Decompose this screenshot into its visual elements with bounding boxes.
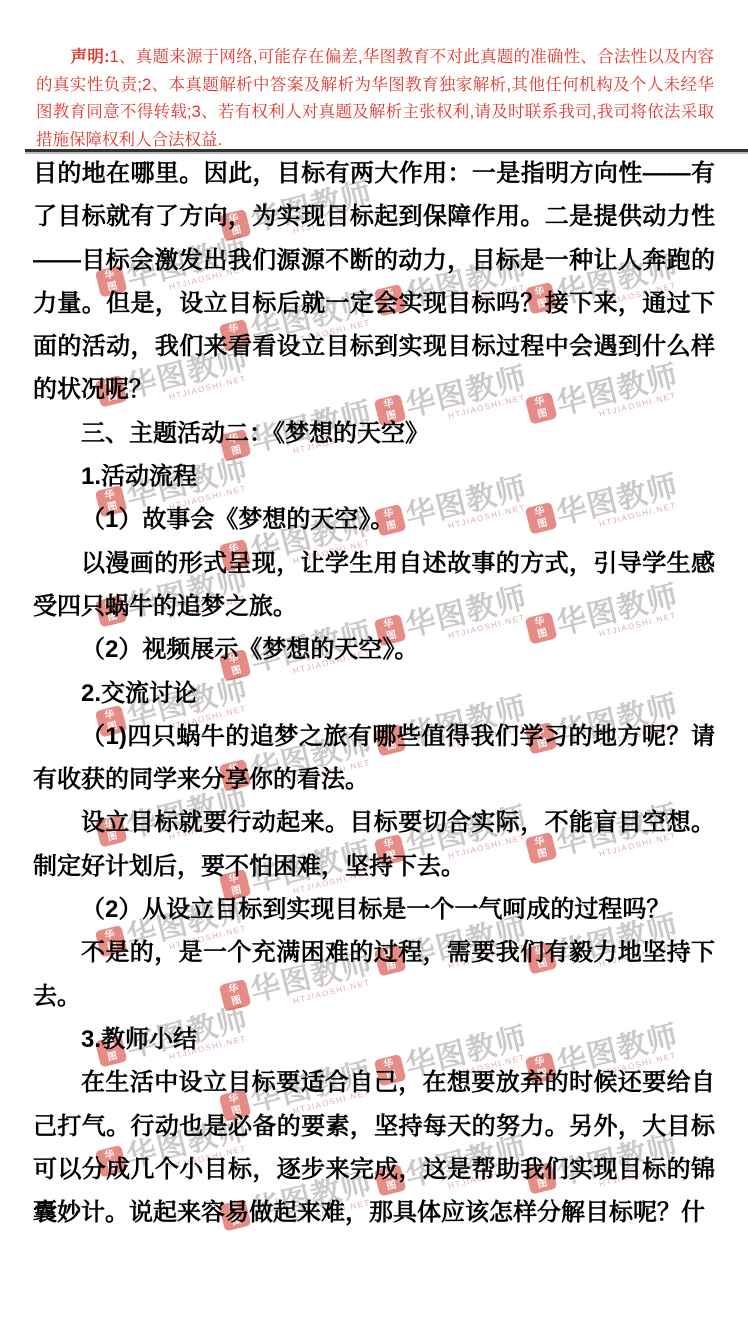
paragraph: 设立目标就要行动起来。目标要切合实际，不能盲目空想。制定好计划后，要不怕困难，坚… [33,801,715,888]
disclaimer: 声明:1、真题来源于网络,可能存在偏差,华图教育不对此真题的准确性、合法性以及内… [36,44,714,154]
paragraph: 以漫画的形式呈现，让学生用自述故事的方式，引导学生感受四只蜗牛的追梦之旅。 [33,542,715,629]
paragraph: 三、主题活动二：《梦想的天空》 [33,412,715,455]
disclaimer-label: 声明: [71,48,110,66]
paragraph: 3.教师小结 [33,1018,715,1061]
paragraph: 1.活动流程 [33,455,715,498]
document-page: 声明:1、真题来源于网络,可能存在偏差,华图教育不对此真题的准确性、合法性以及内… [0,0,748,1335]
disclaimer-text: 1、真题来源于网络,可能存在偏差,华图教育不对此真题的准确性、合法性以及内容的真… [36,48,714,149]
paragraph: 2.交流讨论 [33,672,715,715]
paragraph: （1）故事会《梦想的天空》。 [33,498,715,541]
document-body: 目的地在哪里。因此，目标有两大作用：一是指明方向性——有了目标就有了方向，为实现… [33,152,715,1234]
paragraph: 在生活中设立目标要适合自己，在想要放弃的时候还要给自己打气。行动也是必备的要素，… [33,1061,715,1234]
paragraph: （1)四只蜗牛的追梦之旅有哪些值得我们学习的地方呢？请有收获的同学来分享你的看法… [33,715,715,802]
paragraph: （2）视频展示《梦想的天空》。 [33,628,715,671]
paragraph: 目的地在哪里。因此，目标有两大作用：一是指明方向性——有了目标就有了方向，为实现… [33,152,715,412]
paragraph: （2）从设立目标到实现目标是一个一气呵成的过程吗？ [33,888,715,931]
paragraph: 不是的，是一个充满困难的过程，需要我们有毅力地坚持下去。 [33,931,715,1018]
